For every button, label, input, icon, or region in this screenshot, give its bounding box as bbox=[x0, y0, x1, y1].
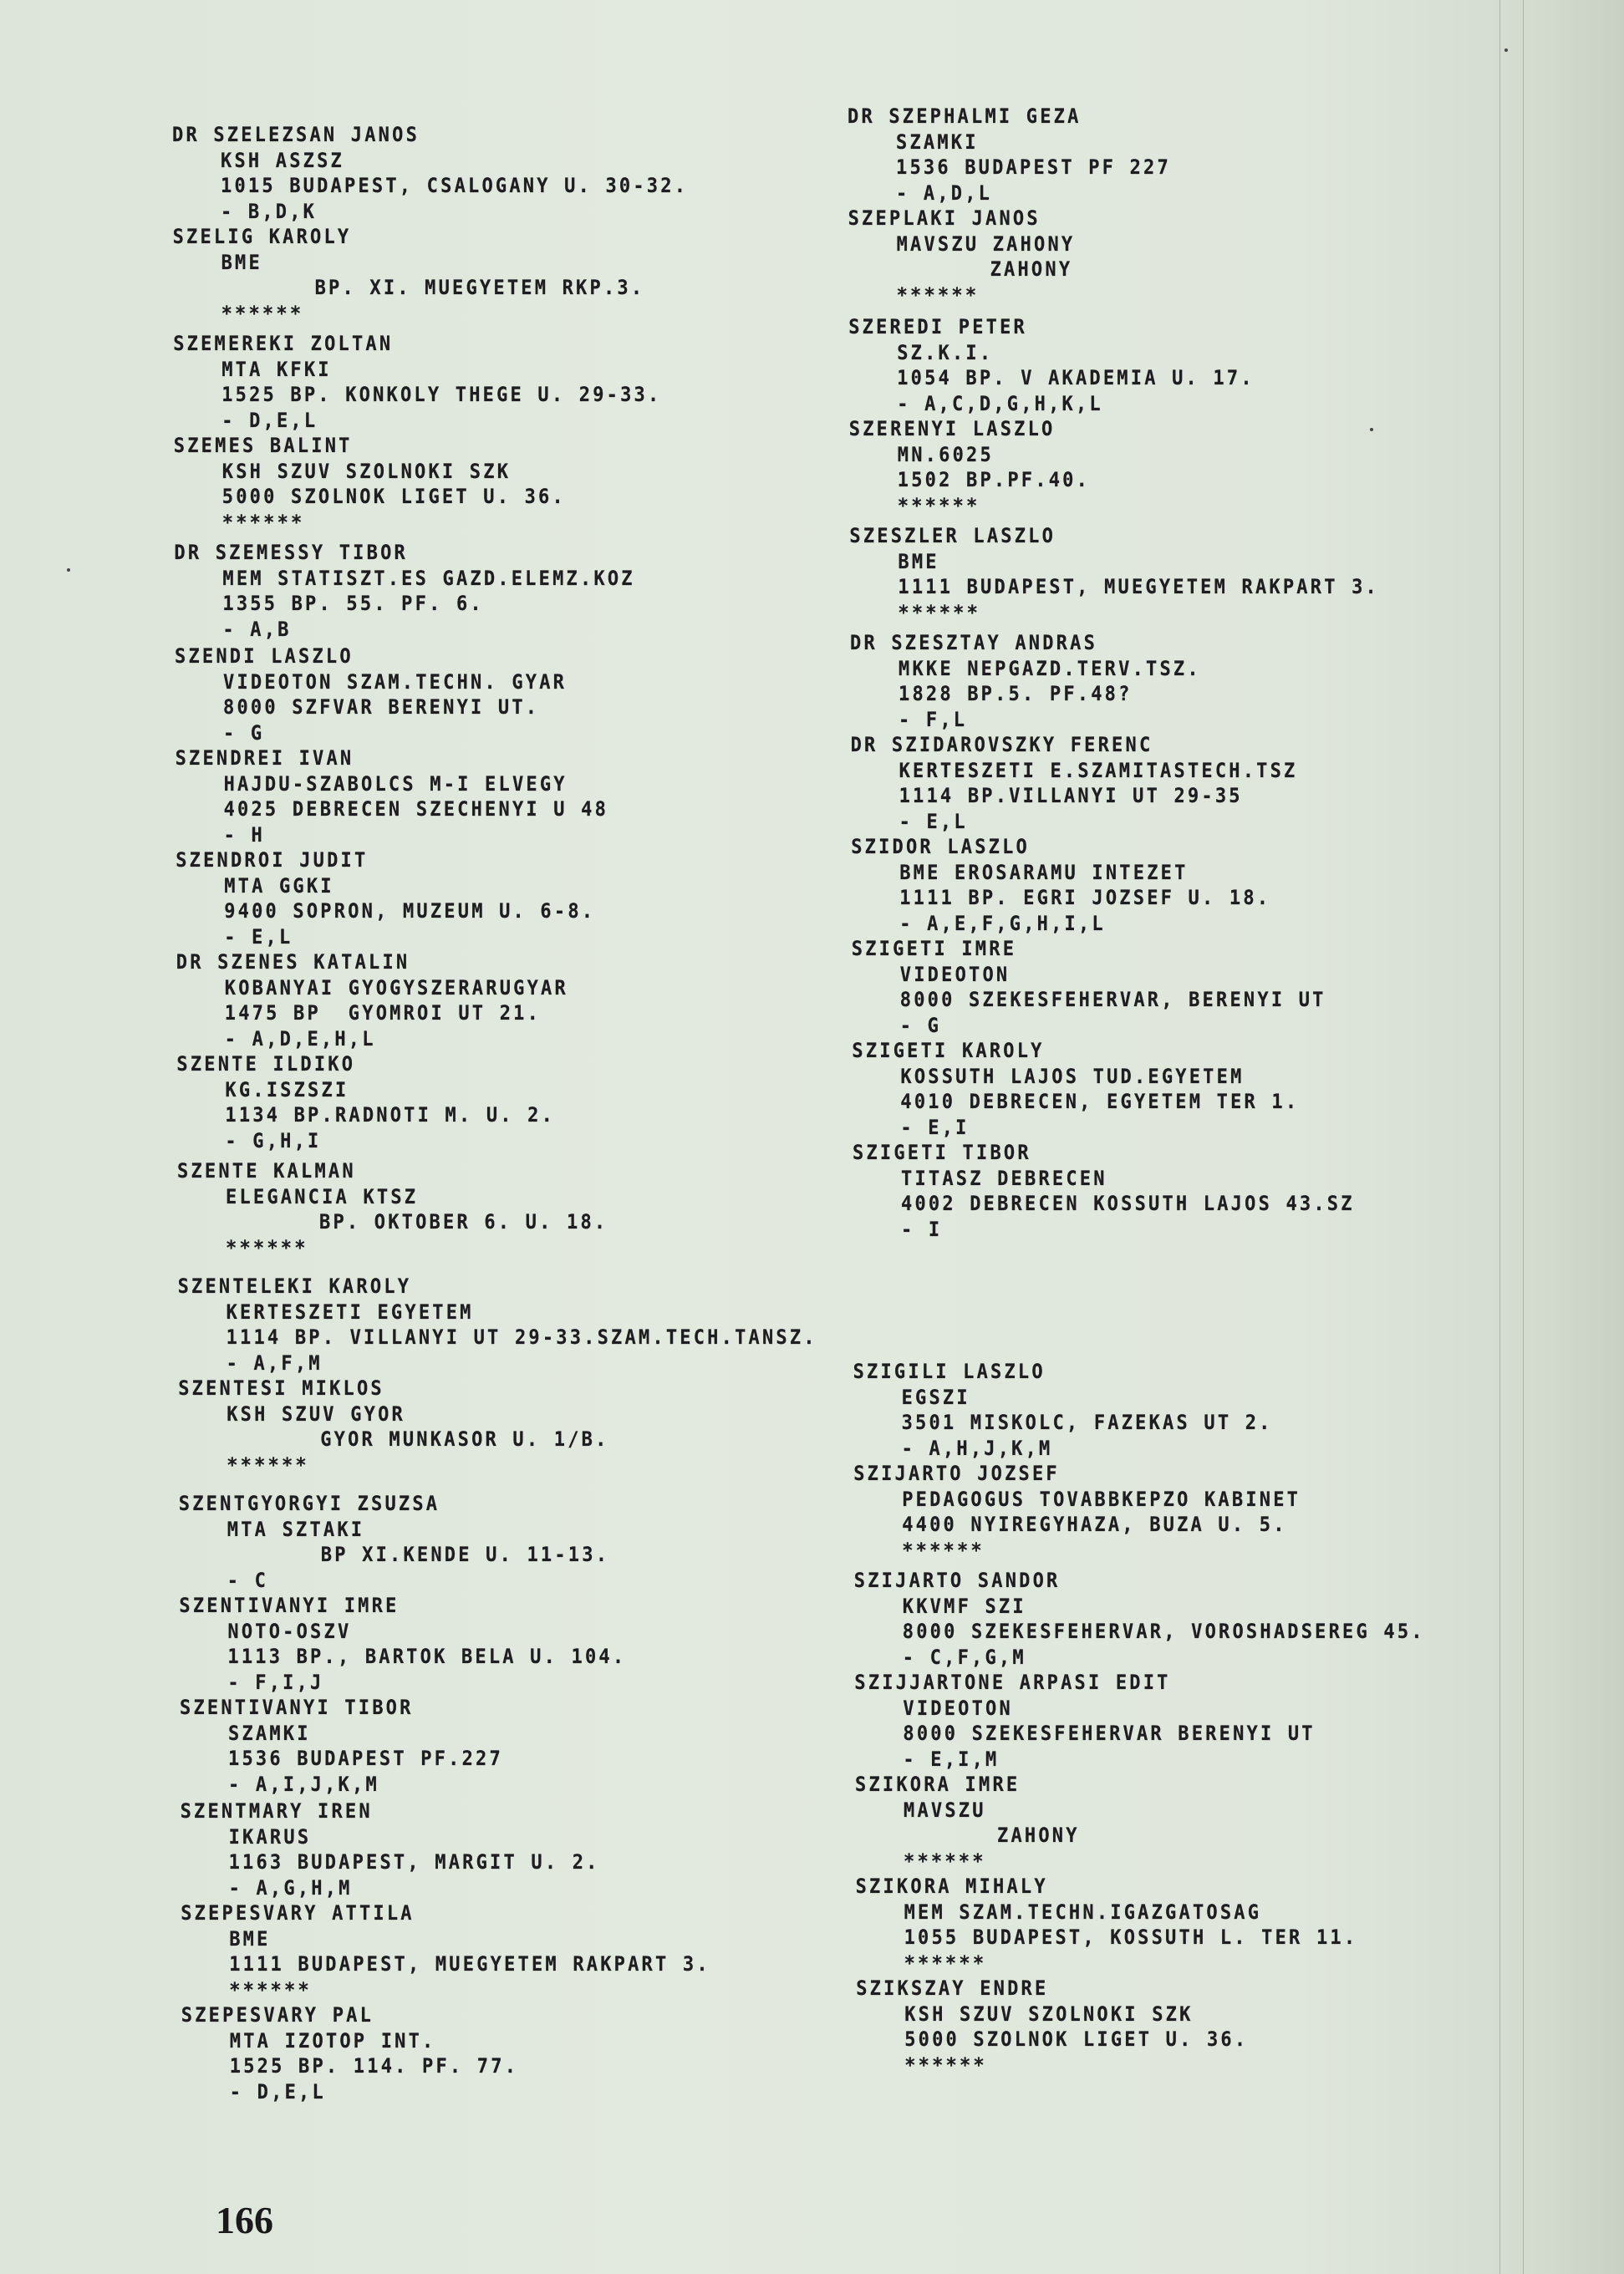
entry-separator: ****** bbox=[173, 301, 812, 329]
directory-entry: SZIDOR LASZLOBME EROSARAMU INTEZET1111 B… bbox=[851, 834, 1422, 936]
directory-entry: SZENTESI MIKLOSKSH SZUV GYORGYOR MUNKASO… bbox=[178, 1376, 817, 1478]
entry-address: 8000 SZFVAR BERENYI UT. bbox=[175, 694, 814, 723]
entry-organization: TITASZ DEBRECEN bbox=[853, 1166, 1423, 1194]
entry-codes: - A,E,F,G,H,I,L bbox=[851, 911, 1422, 939]
entry-address: 3501 MISKOLC, FAZEKAS UT 2. bbox=[853, 1410, 1424, 1438]
directory-entry: SZIJARTO JOZSEFPEDAGOGUS TOVABBKEPZO KAB… bbox=[853, 1461, 1424, 1563]
entry-address: 8000 SZEKESFEHERVAR BERENYI UT bbox=[854, 1721, 1425, 1749]
entry-codes: - A,D,E,H,L bbox=[176, 1026, 816, 1055]
entry-name: SZESZLER LASZLO bbox=[849, 523, 1420, 552]
entry-address: 1111 BP. EGRI JOZSEF U. 18. bbox=[851, 885, 1422, 913]
entry-name: SZIDOR LASZLO bbox=[851, 834, 1422, 862]
entry-address: 1054 BP. V AKADEMIA U. 17. bbox=[848, 365, 1419, 394]
entry-name: SZEMEREKI ZOLTAN bbox=[173, 331, 812, 359]
scanned-page: DR SZELEZSAN JANOSKSH ASZSZ1015 BUDAPEST… bbox=[0, 0, 1624, 2274]
entry-address: 5000 SZOLNOK LIGET U. 36. bbox=[174, 484, 813, 512]
directory-entry: SZEREDI PETERSZ.K.I.1054 BP. V AKADEMIA … bbox=[848, 314, 1419, 416]
entry-address: BP. XI. MUEGYETEM RKP.3. bbox=[173, 275, 812, 303]
directory-entry: SZERENYI LASZLOMN.60251502 BP.PF.40.****… bbox=[849, 416, 1420, 518]
entry-address: 1113 BP., BARTOK BELA U. 104. bbox=[179, 1644, 818, 1672]
entry-name: SZIJARTO SANDOR bbox=[854, 1568, 1425, 1596]
entry-name: SZIKORA MIHALY bbox=[856, 1874, 1427, 1902]
entry-name: SZERENYI LASZLO bbox=[849, 416, 1420, 445]
entry-organization: MEM SZAM.TECHN.IGAZGATOSAG bbox=[856, 1900, 1427, 1928]
entry-address: 1536 BUDAPEST PF 227 bbox=[848, 155, 1418, 183]
entry-codes: - A,I,J,K,M bbox=[180, 1772, 819, 1800]
entry-name: SZEPESVARY ATTILA bbox=[181, 1900, 820, 1929]
directory-entry: DR SZEPHALMI GEZASZAMKI1536 BUDAPEST PF … bbox=[848, 104, 1418, 206]
entry-separator: ****** bbox=[855, 1849, 1426, 1877]
entry-name: SZIKORA IMRE bbox=[855, 1772, 1426, 1800]
entry-codes: - A,F,M bbox=[178, 1351, 817, 1379]
entry-name: SZENTMARY IREN bbox=[181, 1798, 820, 1827]
directory-entry: SZIKSZAY ENDREKSH SZUV SZOLNOKI SZK5000 … bbox=[856, 1976, 1427, 2078]
entry-organization: MTA SZTAKI bbox=[179, 1517, 818, 1545]
entry-address: 1525 BP. 114. PF. 77. bbox=[181, 2053, 821, 2082]
entry-organization: KSH SZUV SZOLNOKI SZK bbox=[174, 459, 813, 487]
entry-organization: SZAMKI bbox=[180, 1721, 819, 1749]
entry-address: 5000 SZOLNOK LIGET U. 36. bbox=[856, 2027, 1427, 2055]
entry-address: 8000 SZEKESFEHERVAR, BERENYI UT bbox=[852, 987, 1423, 1015]
entry-codes: - G bbox=[175, 720, 814, 749]
entry-organization: MTA IZOTOP INT. bbox=[181, 2028, 821, 2057]
entry-address: 1055 BUDAPEST, KOSSUTH L. TER 11. bbox=[856, 1925, 1427, 1953]
directory-entry: SZENTIVANYI TIBORSZAMKI1536 BUDAPEST PF.… bbox=[180, 1695, 819, 1797]
entry-address: ZAHONY bbox=[848, 257, 1419, 285]
scan-speck bbox=[1370, 428, 1373, 431]
entry-separator: ****** bbox=[178, 1452, 817, 1481]
entry-name: SZIKSZAY ENDRE bbox=[856, 1976, 1427, 2004]
entry-name: DR SZELEZSAN JANOS bbox=[172, 122, 812, 150]
entry-organization: PEDAGOGUS TOVABBKEPZO KABINET bbox=[853, 1487, 1424, 1515]
entry-organization: KG.ISZSZI bbox=[176, 1077, 816, 1106]
entry-organization: KOSSUTH LAJOS TUD.EGYETEM bbox=[852, 1064, 1423, 1092]
entry-codes: - F,I,J bbox=[179, 1670, 818, 1698]
entry-organization: BME bbox=[173, 250, 812, 278]
entry-codes: - A,G,H,M bbox=[181, 1875, 820, 1904]
entry-name: DR SZESZTAY ANDRAS bbox=[850, 630, 1421, 659]
entry-organization: KSH SZUV GYOR bbox=[178, 1402, 817, 1430]
entry-organization: MN.6025 bbox=[849, 442, 1420, 471]
entry-codes: - B,D,K bbox=[172, 199, 812, 227]
entry-organization: MTA GGKI bbox=[176, 873, 815, 902]
entry-name: SZENDROI JUDIT bbox=[176, 847, 815, 876]
entry-organization: MAVSZU ZAHONY bbox=[848, 231, 1419, 260]
page-edge-line bbox=[1499, 0, 1500, 2274]
directory-entry: SZIJARTO SANDORKKVMF SZI8000 SZEKESFEHER… bbox=[854, 1568, 1425, 1670]
directory-entry: SZEPLAKI JANOSMAVSZU ZAHONYZAHONY****** bbox=[848, 206, 1419, 308]
directory-entry: DR SZELEZSAN JANOSKSH ASZSZ1015 BUDAPEST… bbox=[172, 122, 812, 224]
directory-entry: SZIGETI TIBORTITASZ DEBRECEN4002 DEBRECE… bbox=[853, 1140, 1423, 1242]
left-column: DR SZELEZSAN JANOSKSH ASZSZ1015 BUDAPEST… bbox=[172, 122, 812, 2104]
entry-name: SZEPLAKI JANOS bbox=[848, 206, 1419, 234]
entry-organization: KERTESZETI E.SZAMITASTECH.TSZ bbox=[851, 758, 1422, 786]
entry-codes: - A,B bbox=[174, 617, 813, 645]
entry-codes: - E,L bbox=[176, 924, 815, 953]
entry-address: 9400 SOPRON, MUZEUM U. 6-8. bbox=[176, 898, 815, 927]
directory-entry: SZENTGYORGYI ZSUZSAMTA SZTAKIBP XI.KENDE… bbox=[179, 1491, 818, 1593]
entry-name: SZIGETI IMRE bbox=[852, 936, 1423, 964]
entry-name: DR SZEPHALMI GEZA bbox=[848, 104, 1418, 132]
entry-address: 1163 BUDAPEST, MARGIT U. 2. bbox=[181, 1849, 820, 1878]
entry-address: 1114 BP.VILLANYI UT 29-35 bbox=[851, 783, 1422, 811]
directory-entry: SZIJJARTONE ARPASI EDITVIDEOTON8000 SZEK… bbox=[854, 1670, 1425, 1772]
entry-name: DR SZENES KATALIN bbox=[176, 949, 816, 978]
entry-organization: VIDEOTON bbox=[854, 1696, 1425, 1724]
entry-organization: SZ.K.I. bbox=[848, 340, 1419, 369]
entry-organization: NOTO-OSZV bbox=[179, 1619, 818, 1647]
entry-address: BP. OKTOBER 6. U. 18. bbox=[177, 1209, 817, 1238]
directory-entry: SZENTIVANYI IMRENOTO-OSZV1113 BP., BARTO… bbox=[179, 1593, 818, 1695]
entry-codes: - C,F,G,M bbox=[854, 1645, 1425, 1673]
entry-name: SZIGETI KAROLY bbox=[852, 1038, 1423, 1066]
entry-organization: MTA KFKI bbox=[173, 357, 812, 385]
entry-address: 1828 BP.5. PF.48? bbox=[850, 681, 1421, 710]
entry-name: SZEMES BALINT bbox=[174, 433, 813, 461]
entry-separator: ****** bbox=[848, 282, 1419, 311]
directory-entry: SZENDROI JUDITMTA GGKI9400 SOPRON, MUZEU… bbox=[176, 847, 815, 949]
entry-address: 1355 BP. 55. PF. 6. bbox=[174, 591, 813, 619]
entry-address: 1015 BUDAPEST, CSALOGANY U. 30-32. bbox=[172, 173, 812, 201]
directory-entry: SZIGILI LASZLOEGSZI3501 MISKOLC, FAZEKAS… bbox=[853, 1359, 1424, 1461]
entry-address: 1134 BP.RADNOTI M. U. 2. bbox=[176, 1102, 816, 1131]
directory-entry: DR SZIDAROVSZKY FERENCKERTESZETI E.SZAMI… bbox=[851, 732, 1422, 834]
entry-separator: ****** bbox=[174, 510, 813, 538]
entry-organization: KKVMF SZI bbox=[854, 1594, 1425, 1622]
scan-speck bbox=[67, 568, 70, 572]
entry-address: 4010 DEBRECEN, EGYETEM TER 1. bbox=[852, 1089, 1423, 1117]
entry-organization: HAJDU-SZABOLCS M-I ELVEGY bbox=[176, 771, 815, 800]
entry-organization: KSH ASZSZ bbox=[172, 148, 812, 176]
directory-entry: SZEMES BALINTKSH SZUV SZOLNOKI SZK5000 S… bbox=[174, 433, 813, 535]
entry-organization: VIDEOTON bbox=[852, 962, 1423, 990]
entry-address: 8000 SZEKESFEHERVAR, VOROSHADSEREG 45. bbox=[854, 1619, 1425, 1647]
page-number: 166 bbox=[216, 2198, 273, 2242]
entry-name: SZEPESVARY PAL bbox=[181, 2002, 821, 2031]
entry-organization: BME bbox=[849, 549, 1420, 577]
right-column: DR SZEPHALMI GEZASZAMKI1536 BUDAPEST PF … bbox=[848, 104, 1418, 2078]
entry-codes: - H bbox=[176, 822, 815, 851]
directory-entry: SZESZLER LASZLOBME1111 BUDAPEST, MUEGYET… bbox=[849, 523, 1420, 625]
entry-name: SZENTELEKI KAROLY bbox=[178, 1274, 817, 1302]
entry-separator: ****** bbox=[849, 493, 1420, 521]
entry-address: 1111 BUDAPEST, MUEGYETEM RAKPART 3. bbox=[181, 1951, 820, 1980]
directory-entry: DR SZESZTAY ANDRASMKKE NEPGAZD.TERV.TSZ.… bbox=[850, 630, 1421, 732]
entry-address: 4002 DEBRECEN KOSSUTH LAJOS 43.SZ bbox=[853, 1191, 1423, 1219]
entry-name: SZENTGYORGYI ZSUZSA bbox=[179, 1491, 818, 1519]
entry-address: 4025 DEBRECEN SZECHENYI U 48 bbox=[176, 796, 815, 825]
entry-address: BP XI.KENDE U. 11-13. bbox=[179, 1542, 818, 1570]
directory-entry: SZIGETI KAROLYKOSSUTH LAJOS TUD.EGYETEM4… bbox=[852, 1038, 1423, 1140]
directory-entry: SZENTELEKI KAROLYKERTESZETI EGYETEM1114 … bbox=[178, 1274, 817, 1376]
entry-name: SZENTIVANYI IMRE bbox=[179, 1593, 818, 1621]
entry-name: SZIGETI TIBOR bbox=[853, 1140, 1423, 1168]
entry-name: DR SZEMESSY TIBOR bbox=[174, 540, 813, 568]
directory-entry: SZELIG KAROLYBMEBP. XI. MUEGYETEM RKP.3.… bbox=[173, 224, 812, 326]
entry-name: SZIJARTO JOZSEF bbox=[853, 1461, 1424, 1489]
entry-address: 1475 BP GYOMROI UT 21. bbox=[176, 1000, 816, 1029]
entry-name: SZENTE KALMAN bbox=[177, 1158, 817, 1187]
entry-organization: MEM STATISZT.ES GAZD.ELEMZ.KOZ bbox=[174, 566, 813, 594]
entry-address: ZAHONY bbox=[855, 1823, 1426, 1851]
directory-entry: SZENTE KALMANELEGANCIA KTSZBP. OKTOBER 6… bbox=[177, 1158, 817, 1260]
entry-codes: - I bbox=[853, 1217, 1423, 1245]
entry-separator: ****** bbox=[856, 2053, 1427, 2081]
entry-separator: ****** bbox=[853, 1538, 1424, 1566]
directory-entry: SZENDI LASZLOVIDEOTON SZAM.TECHN. GYAR80… bbox=[175, 644, 814, 745]
entry-codes: - D,E,L bbox=[181, 2079, 821, 2108]
directory-entry: SZENTMARY IRENIKARUS1163 BUDAPEST, MARGI… bbox=[181, 1798, 820, 1900]
entry-organization: EGSZI bbox=[853, 1385, 1424, 1413]
directory-entry: SZEMEREKI ZOLTANMTA KFKI1525 BP. KONKOLY… bbox=[173, 331, 812, 433]
entry-address: 4400 NYIREGYHAZA, BUZA U. 5. bbox=[853, 1512, 1424, 1540]
entry-organization: KOBANYAI GYOGYSZERARUGYAR bbox=[176, 975, 816, 1004]
entry-codes: - A,D,L bbox=[848, 181, 1418, 209]
entry-codes: - A,H,J,K,M bbox=[853, 1436, 1424, 1464]
entry-name: SZELIG KAROLY bbox=[173, 224, 812, 252]
entry-codes: - F,L bbox=[850, 707, 1421, 735]
directory-entry: SZIKORA IMREMAVSZUZAHONY****** bbox=[855, 1772, 1426, 1874]
entry-organization: MAVSZU bbox=[855, 1798, 1426, 1826]
entry-address: 1111 BUDAPEST, MUEGYETEM RAKPART 3. bbox=[849, 574, 1420, 603]
entry-organization: IKARUS bbox=[181, 1824, 820, 1853]
entry-separator: ****** bbox=[181, 1977, 820, 2006]
entry-codes: - E,I bbox=[852, 1115, 1423, 1143]
entry-address: 1114 BP. VILLANYI UT 29-33.SZAM.TECH.TAN… bbox=[178, 1325, 817, 1353]
entry-codes: - A,C,D,G,H,K,L bbox=[848, 391, 1419, 420]
entry-codes: - D,E,L bbox=[173, 408, 812, 436]
directory-entry: SZENDREI IVANHAJDU-SZABOLCS M-I ELVEGY40… bbox=[176, 745, 815, 847]
entry-organization: ELEGANCIA KTSZ bbox=[177, 1184, 817, 1213]
entry-organization: BME EROSARAMU INTEZET bbox=[851, 860, 1422, 888]
entry-codes: - G bbox=[852, 1013, 1423, 1041]
directory-entry: SZEPESVARY ATTILABME1111 BUDAPEST, MUEGY… bbox=[181, 1900, 820, 2002]
entry-organization: VIDEOTON SZAM.TECHN. GYAR bbox=[175, 669, 814, 698]
entry-name: SZENDI LASZLO bbox=[175, 644, 814, 672]
entry-name: SZIGILI LASZLO bbox=[853, 1359, 1424, 1387]
entry-address: 1502 BP.PF.40. bbox=[849, 467, 1420, 496]
directory-entry: DR SZENES KATALINKOBANYAI GYOGYSZERARUGY… bbox=[176, 949, 816, 1051]
entry-name: SZENTESI MIKLOS bbox=[178, 1376, 817, 1404]
entry-organization: MKKE NEPGAZD.TERV.TSZ. bbox=[850, 656, 1421, 684]
directory-entry: SZEPESVARY PALMTA IZOTOP INT.1525 BP. 11… bbox=[181, 2002, 821, 2104]
entry-separator: ****** bbox=[849, 600, 1420, 628]
scan-speck bbox=[1504, 48, 1508, 52]
entry-organization: BME bbox=[181, 1926, 820, 1955]
entry-name: SZENDREI IVAN bbox=[176, 745, 815, 774]
entry-name: DR SZIDAROVSZKY FERENC bbox=[851, 732, 1422, 761]
directory-entry: SZIKORA MIHALYMEM SZAM.TECHN.IGAZGATOSAG… bbox=[856, 1874, 1427, 1976]
entry-name: SZENTIVANYI TIBOR bbox=[180, 1695, 819, 1723]
directory-entry: DR SZEMESSY TIBORMEM STATISZT.ES GAZD.EL… bbox=[174, 540, 813, 642]
page-edge-line bbox=[1523, 0, 1524, 2274]
entry-name: SZIJJARTONE ARPASI EDIT bbox=[854, 1670, 1425, 1698]
entry-organization: SZAMKI bbox=[848, 130, 1418, 158]
directory-entry: SZIGETI IMREVIDEOTON8000 SZEKESFEHERVAR,… bbox=[852, 936, 1423, 1038]
entry-codes: - E,I,M bbox=[854, 1747, 1425, 1775]
entry-codes: - E,L bbox=[851, 809, 1422, 837]
entry-codes: - C bbox=[179, 1568, 818, 1596]
entry-codes: - G,H,I bbox=[176, 1128, 816, 1157]
entry-name: SZEREDI PETER bbox=[848, 314, 1419, 343]
entry-address: GYOR MUNKASOR U. 1/B. bbox=[178, 1427, 817, 1455]
entry-address: 1525 BP. KONKOLY THEGE U. 29-33. bbox=[173, 382, 812, 410]
entry-separator: ****** bbox=[856, 1951, 1427, 1979]
directory-entry: SZENTE ILDIKOKG.ISZSZI1134 BP.RADNOTI M.… bbox=[176, 1051, 816, 1153]
entry-separator: ****** bbox=[177, 1235, 817, 1264]
entry-organization: KSH SZUV SZOLNOKI SZK bbox=[856, 2002, 1427, 2030]
entry-organization: KERTESZETI EGYETEM bbox=[178, 1300, 817, 1328]
entry-address: 1536 BUDAPEST PF.227 bbox=[180, 1746, 819, 1774]
entry-name: SZENTE ILDIKO bbox=[176, 1051, 816, 1080]
